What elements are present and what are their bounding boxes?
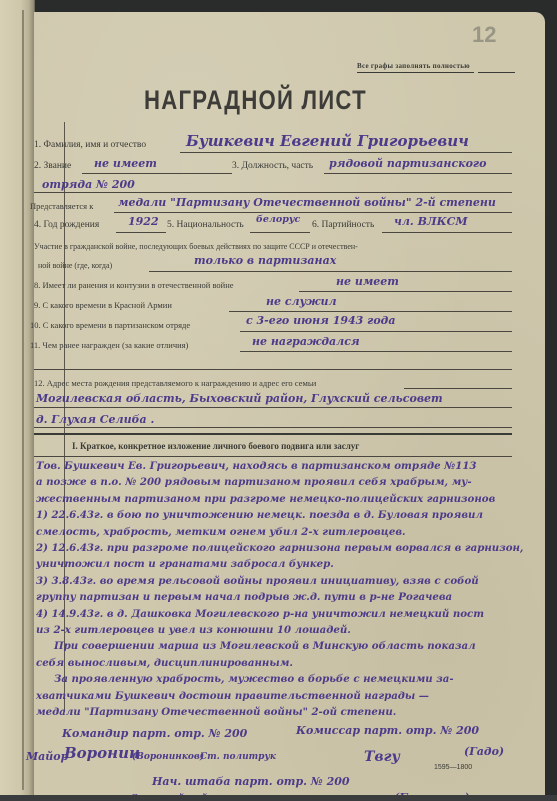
narrative-line: 4) 14.9.43г. в д. Дашковка Могилевского … — [36, 608, 484, 620]
narrative-line: хватчиками Бушкевич достоин правительств… — [36, 690, 429, 702]
commander-signature: Воронин — [64, 744, 140, 762]
binder-stitch — [22, 10, 24, 790]
narrative-line: а позже в п.о. № 200 рядовым партизаном … — [36, 476, 472, 488]
field-prior-awards-label: 11. Чем ранее награжден (за какие отличи… — [30, 340, 188, 350]
field-line — [180, 152, 512, 153]
field-address-value-2: д. Глухая Селиба . — [36, 413, 154, 426]
section-divider-thick — [34, 433, 512, 435]
commissar-title: Комиссар парт. отр. № 200 — [296, 724, 479, 737]
field-line — [382, 232, 512, 233]
binder-edge — [0, 0, 35, 795]
field-wounds-label: 8. Имеет ли ранения и контузии в отечест… — [34, 280, 234, 290]
field-rank-label: 2. Звание — [34, 161, 71, 171]
chief-staff-title: Нач. штаба парт. отр. № 200 — [152, 775, 350, 788]
field-line — [404, 388, 512, 389]
field-participation-label-2: ной войне (где, когда) — [38, 261, 112, 270]
field-line — [114, 212, 512, 213]
narrative-line: жественным партизаном при разгроме немец… — [36, 493, 495, 505]
field-line — [324, 173, 512, 174]
field-address-label: 12. Адрес места рождения представляемого… — [34, 378, 316, 388]
scan-bottom-edge — [0, 795, 557, 801]
field-party-label: 6. Партийность — [312, 220, 374, 230]
field-line — [82, 173, 232, 174]
section-divider — [34, 369, 512, 370]
field-nationality-label: 5. Национальность — [167, 220, 244, 230]
commander-name: (Воронинков) — [132, 752, 204, 762]
field-line — [149, 271, 512, 272]
field-wounds-value: не имеет — [336, 275, 399, 288]
narrative-line: Тов. Бушкевич Ев. Григорьевич, находясь … — [36, 460, 477, 472]
field-line — [34, 407, 512, 408]
field-rank-value: не имеет — [94, 157, 157, 170]
field-partisan-since-value: с 3-его июня 1943 года — [246, 314, 395, 327]
nominated-label: Представляется к — [30, 201, 93, 211]
politruk-title: Ст. политрук — [200, 752, 276, 762]
field-redarmy-value: не служил — [266, 295, 337, 308]
narrative-line: себя выносливым, дисциплинированным. — [36, 657, 293, 669]
narrative-line: смелость, храбрость, метким огнем убил 2… — [36, 526, 406, 538]
field-line — [299, 291, 512, 292]
commander-rank: Майор — [26, 750, 68, 763]
award-sheet: 12 Все графы заполнять полностью НАГРАДН… — [34, 12, 545, 795]
field-line — [240, 331, 512, 332]
field-redarmy-label: 9. С какого времени в Красной Армии — [34, 300, 172, 310]
narrative-line: из 2-х гитлеровцев и увел из конюшни 10 … — [36, 624, 351, 636]
narrative-line: уничтожил пост и гранатами забросал бунк… — [36, 558, 334, 570]
narrative-line: 1) 22.6.43г. в бою по уничтожению немецк… — [36, 509, 483, 521]
field-name-value: Бушкевич Евгений Григорьевич — [186, 132, 469, 150]
instruction-underline — [357, 72, 474, 73]
nominated-value: медали "Партизану Отечественной войны" 2… — [118, 196, 496, 209]
field-prior-awards-value: не награждался — [252, 335, 360, 348]
commander-title: Командир парт. отр. № 200 — [62, 727, 247, 740]
field-name-label: 1. Фамилия, имя и отчество — [34, 140, 146, 150]
field-position-value-cont: отряда № 200 — [42, 178, 135, 191]
field-line — [240, 351, 512, 352]
field-line — [250, 232, 310, 233]
commissar-signature: Твгу — [364, 749, 400, 765]
merit-section-heading: I. Краткое, конкретное изложение личного… — [72, 441, 359, 451]
field-address-value-1: Могилевская область, Быховский район, Гл… — [36, 392, 443, 405]
narrative-line: При совершении марша из Могилевской в Ми… — [54, 640, 476, 652]
field-line — [34, 427, 512, 428]
instruction-text: Все графы заполнять полностью — [357, 62, 470, 70]
document-title: НАГРАДНОЙ ЛИСТ — [144, 85, 367, 116]
narrative-line: 3) 3.8.43г. во время рельсовой войны про… — [36, 575, 479, 587]
field-partisan-since-label: 10. С какого времени в партизанском отря… — [30, 320, 190, 330]
instruction-underline — [478, 72, 515, 73]
narrative-line: группу партизан и первым начал подрыв ж.… — [36, 591, 452, 603]
narrative-line: За проявленную храбрость, мужество в бор… — [54, 673, 454, 685]
narrative-line: 2) 12.6.43г. при разгроме полицейского г… — [36, 542, 523, 554]
field-participation-value: только в партизанах — [194, 254, 336, 267]
corner-archive-mark: 12 — [472, 22, 496, 48]
narrative-line: медали "Партизану Отечественной войны" 2… — [36, 706, 396, 718]
field-position-label: 3. Должность, часть — [232, 161, 313, 171]
commissar-name: (Гадо) — [464, 745, 504, 758]
field-birthyear-label: 4. Год рождения — [34, 220, 99, 230]
field-participation-label: Участие в гражданской войне, последующих… — [34, 242, 358, 251]
field-line — [34, 456, 512, 457]
field-line — [229, 311, 512, 312]
field-birthyear-value: 1922 — [128, 215, 159, 228]
field-nationality-value: белорус — [256, 214, 300, 225]
archive-number-stamp: 1595—1800 — [434, 764, 472, 771]
field-line — [34, 192, 512, 193]
field-line — [116, 232, 166, 233]
field-position-value: рядовой партизанского — [329, 157, 486, 170]
field-party-value: чл. ВЛКСМ — [394, 215, 468, 228]
